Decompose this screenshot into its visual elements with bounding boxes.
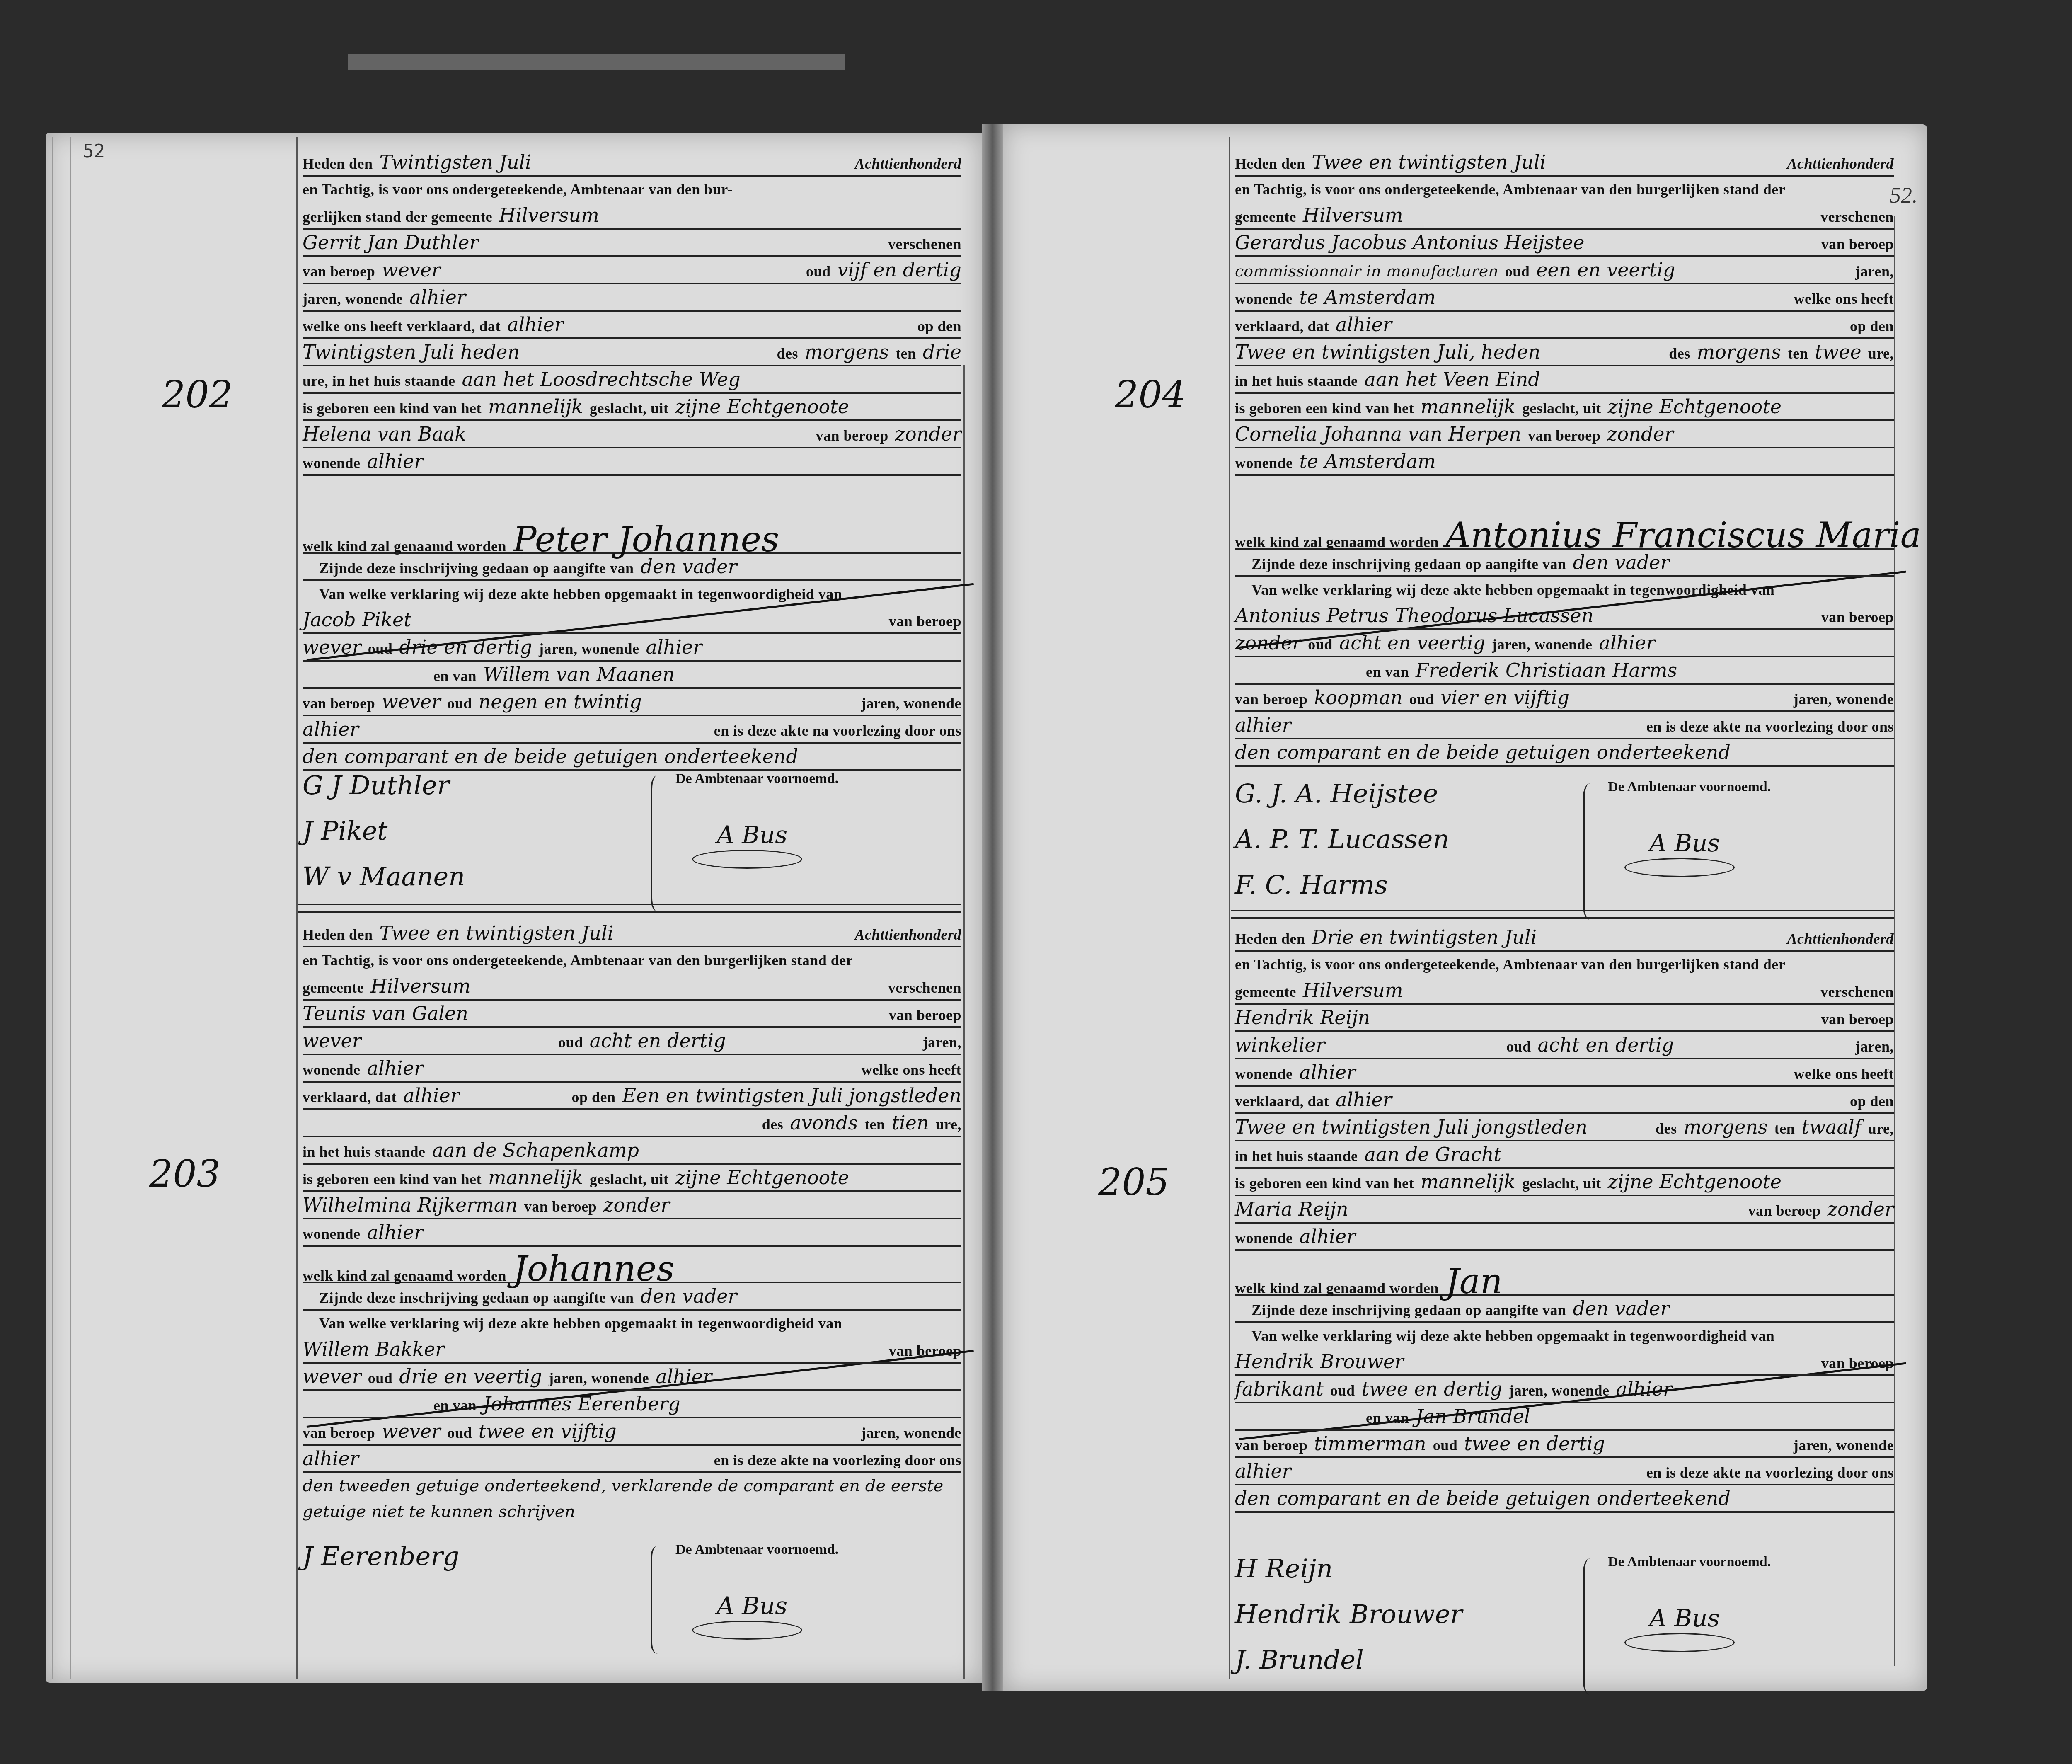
record-separator bbox=[1231, 910, 1894, 919]
book-gutter bbox=[982, 124, 1003, 1691]
record-204-naming: welk kind zal genaamd wordenAntonius Fra… bbox=[1235, 522, 1894, 767]
column-rule bbox=[1229, 137, 1230, 1679]
mother-residence: alhier bbox=[1300, 1224, 1356, 1249]
witness1-name: Antonius Petrus Theodorus Lucassen bbox=[1235, 603, 1593, 628]
witness1-name: Willem Bakker bbox=[303, 1336, 444, 1362]
official-signature: A Bus bbox=[1649, 1604, 1720, 1632]
mother-name: Wilhelmina Rijkerman bbox=[303, 1192, 518, 1218]
declarant-residence: te Amsterdam bbox=[1300, 284, 1436, 310]
witness1-name: Jacob Piket bbox=[303, 607, 411, 632]
mother-residence: te Amsterdam bbox=[1300, 448, 1436, 474]
record-number: 205 bbox=[1098, 1161, 1169, 1204]
signature: J. Brundel bbox=[1235, 1637, 1566, 1683]
declarant-residence: alhier bbox=[1300, 1059, 1356, 1085]
closing-statement: den tweeden getuige onderteekend, verkla… bbox=[303, 1473, 961, 1524]
record-number: 202 bbox=[162, 373, 233, 417]
signature: A. P. T. Lucassen bbox=[1235, 817, 1566, 862]
birth-house: aan de Gracht bbox=[1365, 1141, 1501, 1167]
official-label: De Ambtenaar voornoemd. bbox=[675, 1542, 838, 1558]
column-rule bbox=[296, 137, 298, 1679]
official-signature: A Bus bbox=[717, 1592, 787, 1620]
signatures-205: H Reijn Hendrik Brouwer J. Brundel De Am… bbox=[1235, 1546, 1898, 1720]
signature: G. J. A. Heijstee bbox=[1235, 771, 1566, 817]
declarant-occupation: winkelier bbox=[1235, 1032, 1325, 1058]
municipality: Hilversum bbox=[1303, 977, 1403, 1003]
record-205-naming: welk kind zal genaamd wordenJan Zijnde d… bbox=[1235, 1268, 1894, 1513]
declarant-name: Teunis van Galen bbox=[303, 1001, 468, 1026]
signature: Hendrik Brouwer bbox=[1235, 1592, 1566, 1637]
declarant-age: een en veertig bbox=[1536, 257, 1675, 283]
municipality: Hilversum bbox=[1303, 202, 1403, 228]
brace bbox=[651, 775, 665, 912]
closing-statement: den comparant en de beide getuigen onder… bbox=[1235, 739, 1731, 765]
child-name: Jan bbox=[1445, 1268, 1503, 1294]
mother-residence: alhier bbox=[367, 1219, 424, 1245]
declarant-age: vijf en dertig bbox=[838, 257, 961, 283]
signature: F. C. Harms bbox=[1235, 862, 1566, 908]
record-separator bbox=[298, 904, 961, 913]
record-203: Heden denTwee en twintigsten JuliAchttie… bbox=[303, 920, 961, 1247]
informant: den vader bbox=[1573, 550, 1670, 575]
birth-date: Twee en twintigsten Juli, heden bbox=[1235, 339, 1540, 365]
birth-house: aan het Veen Eind bbox=[1365, 366, 1540, 392]
brace bbox=[1583, 783, 1597, 920]
municipality: Hilversum bbox=[499, 202, 599, 228]
record-date: Twintigsten Juli bbox=[380, 149, 531, 175]
witness2-name: Johannes Eerenberg bbox=[483, 1391, 680, 1417]
child-sex: mannelijk bbox=[1421, 1169, 1515, 1195]
witness1-name: Hendrik Brouwer bbox=[1235, 1349, 1404, 1374]
declarant-occupation: commissionnair in manufacturen bbox=[1235, 258, 1498, 284]
declarant-occupation: wever bbox=[303, 1028, 361, 1054]
birth-house: aan de Schapenkamp bbox=[432, 1137, 639, 1163]
official-label: De Ambtenaar voornoemd. bbox=[1608, 1554, 1771, 1570]
record-date: Twee en twintigsten Juli bbox=[380, 920, 614, 946]
signatures-203: J Eerenberg De Ambtenaar voornoemd. A Bu… bbox=[303, 1534, 966, 1708]
record-date: Drie en twintigsten Juli bbox=[1312, 924, 1537, 950]
official-signature: A Bus bbox=[1649, 829, 1720, 857]
folio-number-left: 52 bbox=[83, 141, 105, 162]
official-label: De Ambtenaar voornoemd. bbox=[1608, 779, 1771, 795]
column-rule bbox=[963, 365, 965, 1679]
signature: J Piket bbox=[303, 808, 634, 854]
municipality: Hilversum bbox=[370, 973, 471, 999]
child-name: Antonius Franciscus Maria bbox=[1445, 522, 1921, 548]
declarant-name: Gerrit Jan Duthler bbox=[303, 230, 478, 255]
declarant-name: Hendrik Reijn bbox=[1235, 1005, 1370, 1030]
record-202: Heden denTwintigsten JuliAchttienhonderd… bbox=[303, 149, 961, 476]
record-204: Heden denTwee en twintigsten JuliAchttie… bbox=[1235, 149, 1894, 476]
declarant-residence: alhier bbox=[367, 1055, 424, 1081]
record-number: 203 bbox=[149, 1152, 220, 1196]
brace bbox=[651, 1546, 665, 1654]
record-205: Heden denDrie en twintigsten JuliAchttie… bbox=[1235, 924, 1894, 1251]
declarant-age: acht en dertig bbox=[590, 1028, 726, 1054]
witness2-name: Jan Brundel bbox=[1416, 1403, 1530, 1429]
witness2-name: Frederik Christiaan Harms bbox=[1416, 657, 1677, 683]
mother-name: Helena van Baak bbox=[303, 421, 466, 447]
child-sex: mannelijk bbox=[488, 1165, 583, 1190]
left-margin-rules bbox=[52, 137, 71, 1679]
signature: J Eerenberg bbox=[303, 1534, 634, 1579]
scan-top-strip bbox=[348, 54, 845, 70]
mother-name: Maria Reijn bbox=[1235, 1196, 1348, 1222]
official-signature: A Bus bbox=[717, 821, 787, 849]
signatures-204: G. J. A. Heijstee A. P. T. Lucassen F. C… bbox=[1235, 771, 1898, 945]
child-name: Peter Johannes bbox=[513, 526, 779, 552]
closing-statement: den comparant en de beide getuigen onder… bbox=[1235, 1485, 1731, 1511]
birth-date: Twee en twintigsten Juli jongstleden bbox=[1235, 1114, 1588, 1140]
record-date: Twee en twintigsten Juli bbox=[1312, 149, 1546, 175]
folio-number-right: 52. bbox=[1890, 182, 1918, 208]
child-name: Johannes bbox=[513, 1256, 674, 1282]
declarant-age: acht en dertig bbox=[1537, 1032, 1674, 1058]
informant: den vader bbox=[1573, 1296, 1670, 1321]
declarant-occupation: wever bbox=[382, 257, 441, 283]
record-202-naming: welk kind zal genaamd wordenPeter Johann… bbox=[303, 526, 961, 771]
record-203-naming: welk kind zal genaamd wordenJohannes Zij… bbox=[303, 1256, 961, 1524]
birth-date: Twintigsten Juli heden bbox=[303, 339, 520, 365]
record-number: 204 bbox=[1115, 373, 1186, 417]
signature: H Reijn bbox=[1235, 1546, 1566, 1592]
informant: den vader bbox=[641, 1283, 737, 1309]
mother-residence: alhier bbox=[367, 448, 424, 474]
declarant-residence: alhier bbox=[409, 284, 466, 310]
informant: den vader bbox=[641, 554, 737, 579]
brace bbox=[1583, 1558, 1597, 1695]
declarant-name: Gerardus Jacobus Antonius Heijstee bbox=[1235, 230, 1584, 255]
official-label: De Ambtenaar voornoemd. bbox=[675, 771, 838, 787]
birth-date: Een en twintigsten Juli jongstleden bbox=[622, 1083, 961, 1108]
witness2-name: Willem van Maanen bbox=[483, 661, 675, 687]
signature: W v Maanen bbox=[303, 854, 634, 899]
birth-house: aan het Loosdrechtsche Weg bbox=[462, 366, 740, 392]
child-sex: mannelijk bbox=[1421, 394, 1515, 419]
child-sex: mannelijk bbox=[488, 394, 583, 419]
mother-name: Cornelia Johanna van Herpen bbox=[1235, 421, 1521, 447]
signature: G J Duthler bbox=[303, 763, 634, 808]
